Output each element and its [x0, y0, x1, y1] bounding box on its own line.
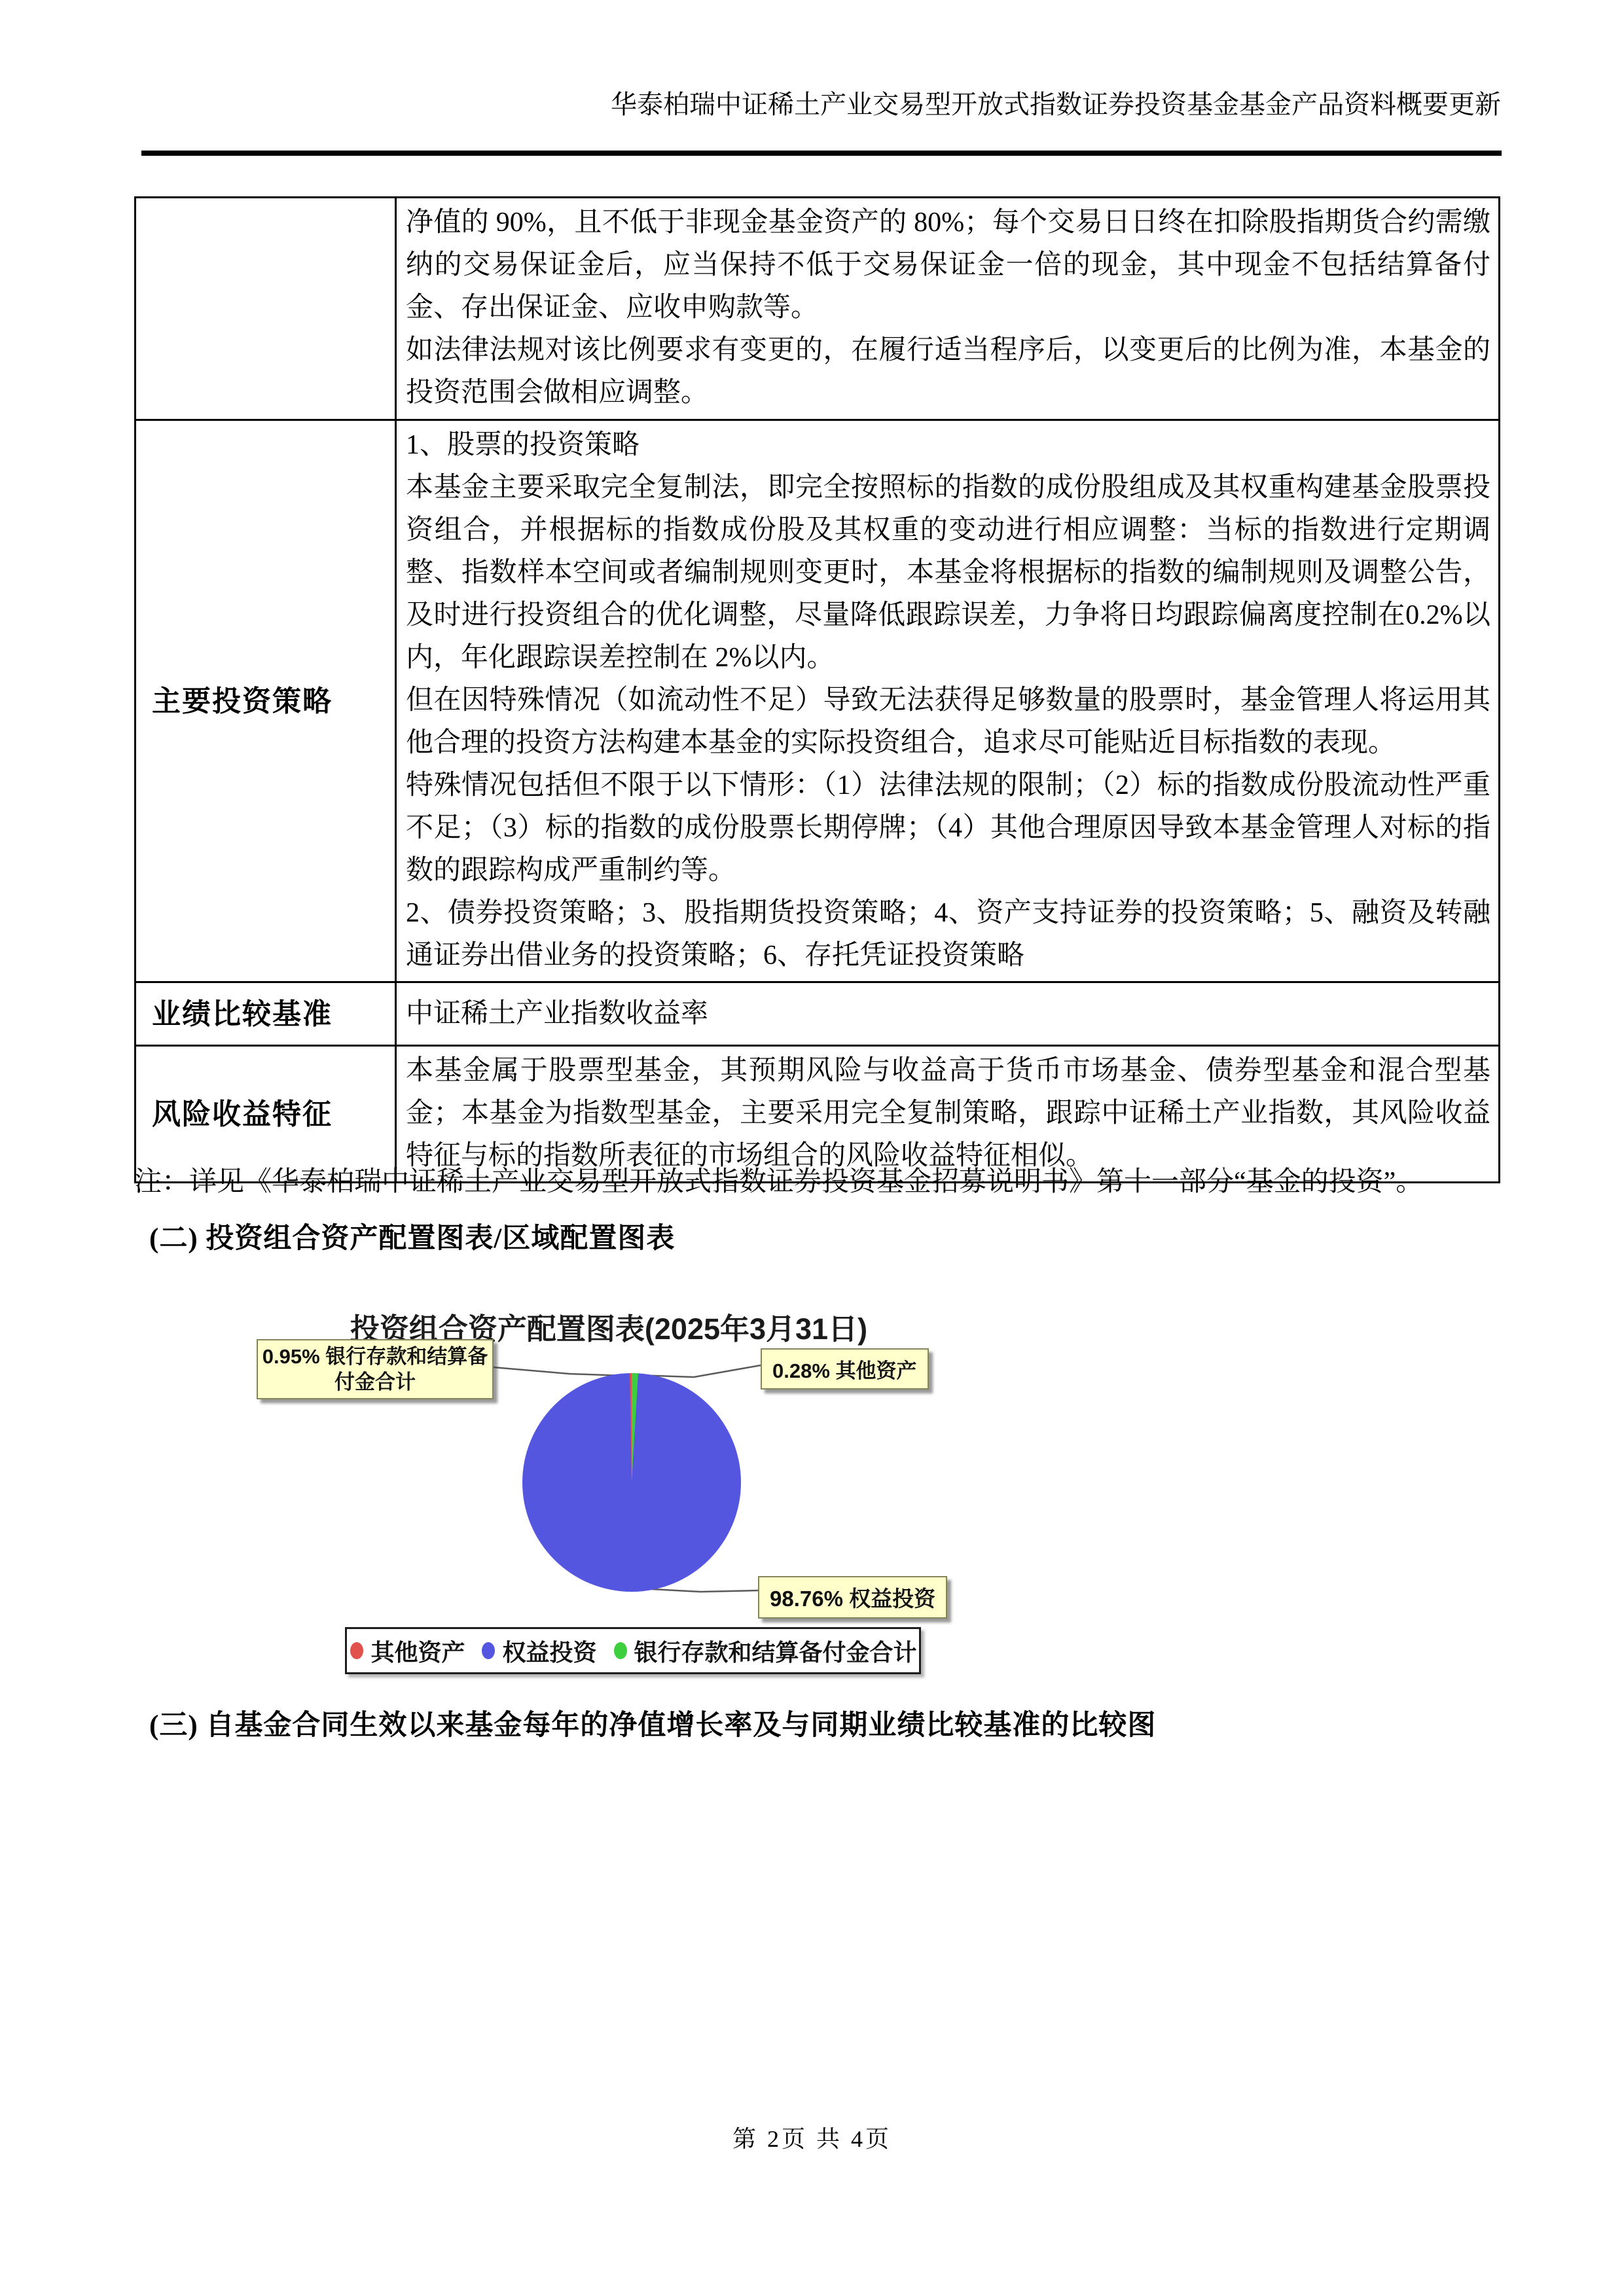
paragraph: 本基金主要采取完全复制法，即完全按照标的指数的成份股组成及其权重构建基金股票投资…: [406, 467, 1490, 679]
row-content-benchmark: 中证稀土产业指数收益率: [396, 982, 1500, 1046]
paragraph: 1、股票的投资策略: [406, 424, 1490, 467]
section-heading-2: (二) 投资组合资产配置图表/区域配置图表: [149, 1216, 675, 1256]
row-label-main-strategy: 主要投资策略: [135, 420, 396, 982]
page-header: 华泰柏瑞中证稀土产业交易型开放式指数证券投资基金基金产品资料概要更新: [134, 84, 1501, 121]
paragraph: 特殊情况包括但不限于以下情形：（1）法律法规的限制；（2）标的指数成份股流动性严…: [406, 764, 1490, 892]
paragraph: 2、债券投资策略；3、股指期货投资策略；4、资产支持证券的投资策略；5、融资及转…: [406, 892, 1490, 977]
chart-legend: 其他资产 权益投资 银行存款和结算备付金合计: [345, 1627, 921, 1674]
paragraph: 净值的 90%，且不低于非现金基金资产的 80%；每个交易日日终在扣除股指期货合…: [406, 202, 1490, 329]
page-number: 第 2页 共 4页: [0, 2121, 1624, 2154]
row-content-investment-limit: 净值的 90%，且不低于非现金基金资产的 80%；每个交易日日终在扣除股指期货合…: [396, 198, 1500, 420]
legend-item-bank-deposit: 银行存款和结算备付金合计: [613, 1634, 917, 1668]
asset-allocation-chart: 投资组合资产配置图表(2025年3月31日) 0.95% 银行存款和结算备付金合…: [242, 1276, 962, 1689]
row-label-empty: [135, 198, 396, 420]
table-row-benchmark: 业绩比较基准 中证稀土产业指数收益率: [135, 982, 1500, 1046]
paragraph: 但在因特殊情况（如流动性不足）导致无法获得足够数量的股票时，基金管理人将运用其他…: [406, 679, 1490, 764]
legend-dot-red: [349, 1641, 365, 1660]
callout-label-bank-deposit: 0.95% 银行存款和结算备付金合计: [257, 1339, 494, 1399]
table-row-main-strategy: 主要投资策略 1、股票的投资策略 本基金主要采取完全复制法，即完全按照标的指数的…: [135, 420, 1500, 982]
legend-dot-green: [613, 1641, 628, 1660]
table-note: 注：详见《华泰柏瑞中证稀土产业交易型开放式指数证券投资基金招募说明书》第十一部分…: [134, 1162, 1515, 1202]
row-content-main-strategy: 1、股票的投资策略 本基金主要采取完全复制法，即完全按照标的指数的成份股组成及其…: [396, 420, 1500, 982]
paragraph: 本基金属于股票型基金，其预期风险与收益高于货币市场基金、债券型基金和混合型基金；…: [406, 1050, 1490, 1177]
callout-label-other-assets: 0.28% 其他资产: [761, 1348, 929, 1390]
legend-item-equity: 权益投资: [480, 1634, 596, 1668]
fund-info-table: 净值的 90%，且不低于非现金基金资产的 80%；每个交易日日终在扣除股指期货合…: [134, 196, 1500, 1183]
paragraph: 如法律法规对该比例要求有变更的，在履行适当程序后，以变更后的比例为准，本基金的投…: [406, 329, 1490, 414]
row-label-benchmark: 业绩比较基准: [135, 982, 396, 1046]
legend-dot-blue: [480, 1641, 496, 1660]
legend-label: 权益投资: [502, 1634, 596, 1668]
legend-item-other-assets: 其他资产: [349, 1634, 465, 1668]
legend-label: 银行存款和结算备付金合计: [634, 1634, 917, 1668]
header-rule: [141, 151, 1502, 156]
paragraph: 中证稀土产业指数收益率: [406, 993, 1490, 1035]
callout-line-other-assets: [636, 1365, 761, 1377]
table-row-investment-limit: 净值的 90%，且不低于非现金基金资产的 80%；每个交易日日终在扣除股指期货合…: [135, 198, 1500, 420]
callout-line-bank-deposit: [486, 1367, 624, 1376]
callout-label-equity: 98.76% 权益投资: [758, 1576, 947, 1619]
legend-label: 其他资产: [370, 1634, 465, 1668]
section-heading-3: (三) 自基金合同生效以来基金每年的净值增长率及与同期业绩比较基准的比较图: [149, 1703, 1156, 1743]
